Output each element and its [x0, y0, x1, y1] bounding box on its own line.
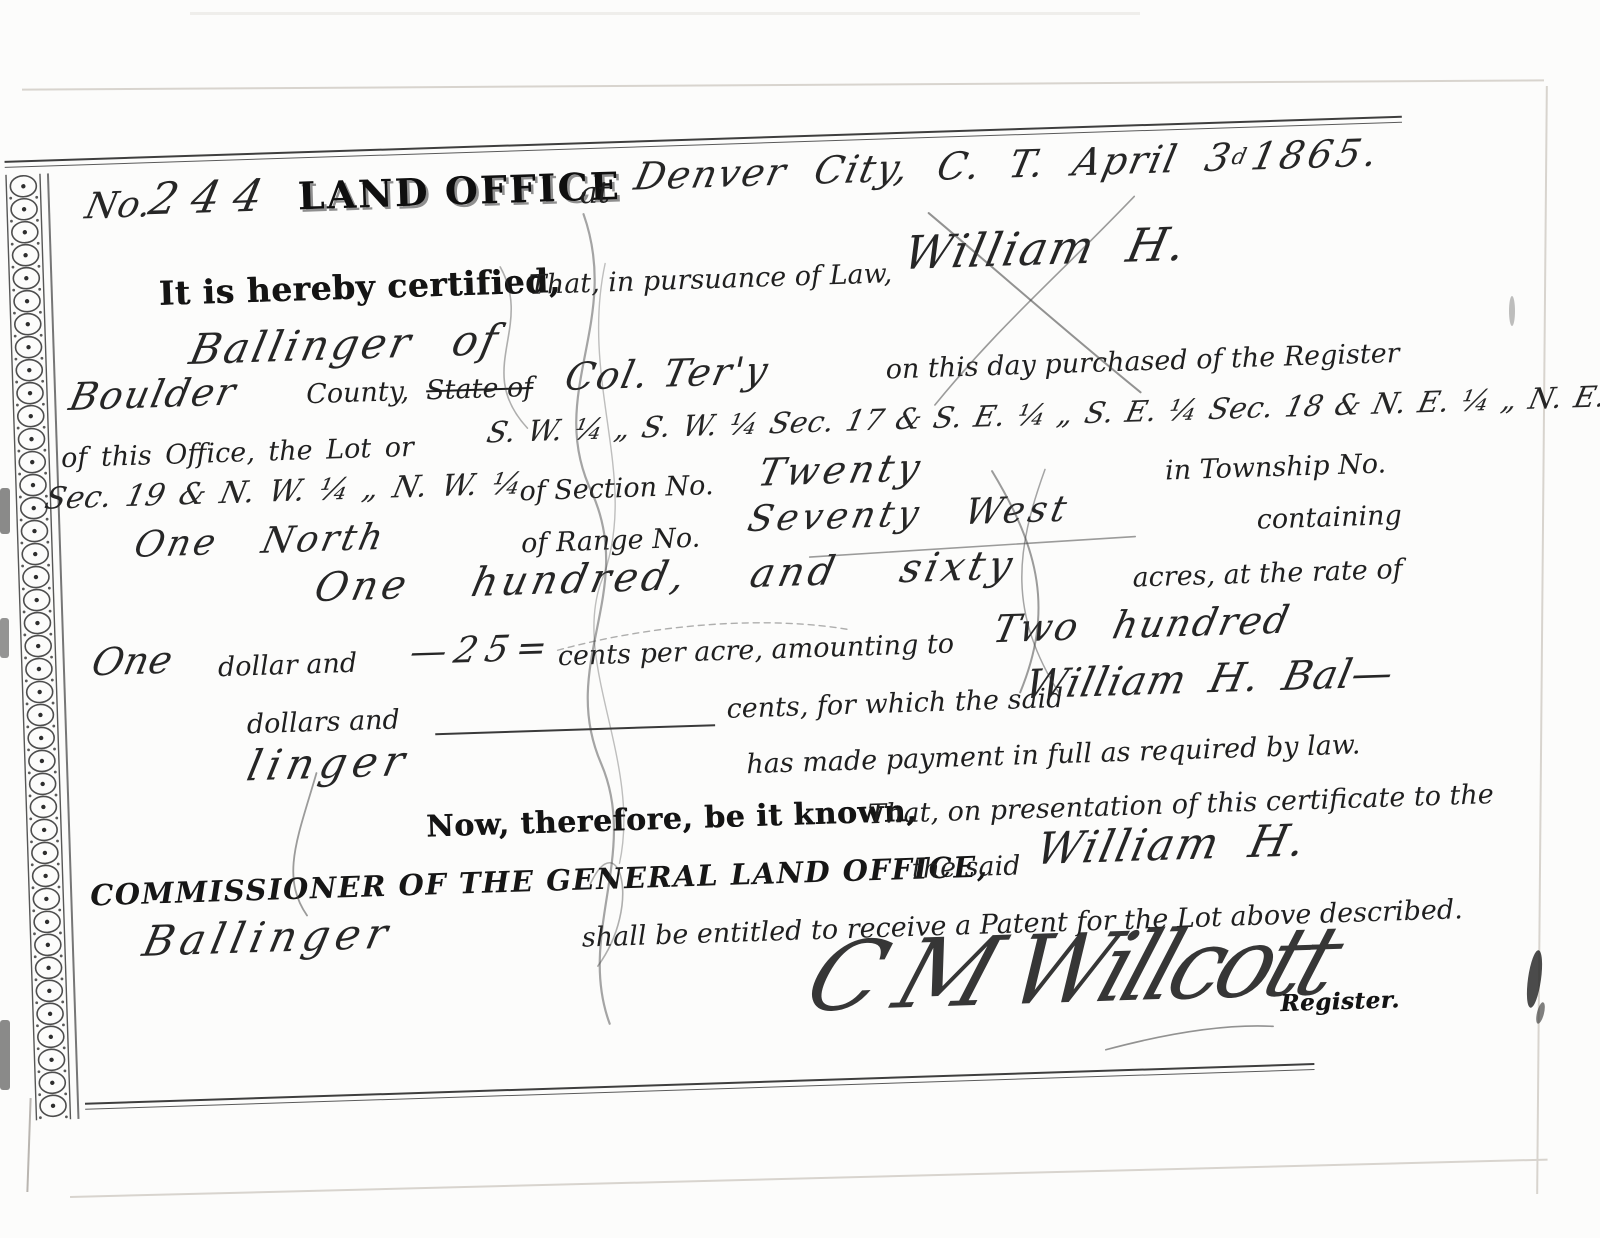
- rate-cents: —25=: [406, 627, 559, 673]
- therefore-gothic: Now, therefore, be it known,: [426, 794, 918, 845]
- parcels-line2: Sec. 19 & N. W. ¼ „ N. W. ¼: [42, 466, 526, 517]
- containing-word: containing: [1256, 500, 1402, 536]
- section-label: of Section No.: [519, 470, 714, 507]
- county-script: Boulder: [65, 369, 241, 419]
- amount-print2: cents, for which the said: [726, 683, 1064, 725]
- township-label: in Township No.: [1165, 448, 1387, 486]
- amount-value: Two hundred: [989, 597, 1295, 651]
- certified-print: That, in pursuance of Law,: [528, 258, 892, 301]
- grantee-name-cont: Ballinger: [138, 909, 398, 966]
- certificate-number-value: 244: [144, 170, 281, 225]
- payer-name-cont: linger: [243, 736, 415, 791]
- rate-print1: dollar and: [217, 648, 357, 683]
- township-value: One North: [131, 517, 390, 566]
- cents-blank-rule: [435, 724, 715, 735]
- acres-print: acres, at the rate of: [1132, 554, 1403, 594]
- rate-script: One: [88, 638, 177, 685]
- register-title: Register.: [1280, 986, 1400, 1017]
- certified-gothic: It is hereby certified,: [158, 261, 561, 313]
- at-word: at: [579, 175, 610, 211]
- lot-print: of this Office, the Lot or: [61, 432, 415, 474]
- scanner-streak-top: [190, 12, 1140, 15]
- range-value: Seventy West: [744, 488, 1074, 540]
- left-edge-smudge-3: [0, 1020, 10, 1090]
- payer-name: William H. Bal—: [1021, 650, 1398, 708]
- certificate-body: No. 244 LAND OFFICE at Denver City, C. T…: [0, 33, 1570, 1222]
- left-edge-smudge-2: [0, 618, 9, 658]
- county-word: County,: [306, 376, 410, 410]
- purchased-print: on this day purchased of the Register: [885, 338, 1400, 386]
- payment-print: has made payment in full as required by …: [746, 729, 1361, 780]
- land-office-title: LAND OFFICE: [297, 163, 621, 218]
- purchaser-surname: Ballinger of: [185, 315, 505, 374]
- bottom-double-rule: [85, 1063, 1315, 1110]
- purchaser-first-name: William H.: [899, 217, 1192, 281]
- register-signature: C M Willcott: [793, 906, 1349, 1034]
- date-year-script: 1865.: [1247, 130, 1385, 178]
- territory-script: Col. Ter'y: [561, 348, 774, 399]
- commissioner-caps: COMMISSIONER OF THE GENERAL LAND OFFICE,: [90, 849, 989, 912]
- rate-print2: cents per acre, amounting to: [557, 628, 954, 672]
- scanned-certificate-page: { "certificate": { "number_label": "No."…: [0, 0, 1600, 1238]
- section-value: Twenty: [754, 445, 928, 495]
- state-of-struck: State of: [426, 372, 534, 406]
- the-said: the said: [911, 850, 1021, 884]
- grantee-name: William H.: [1032, 815, 1312, 875]
- amount-print1: dollars and: [246, 704, 400, 740]
